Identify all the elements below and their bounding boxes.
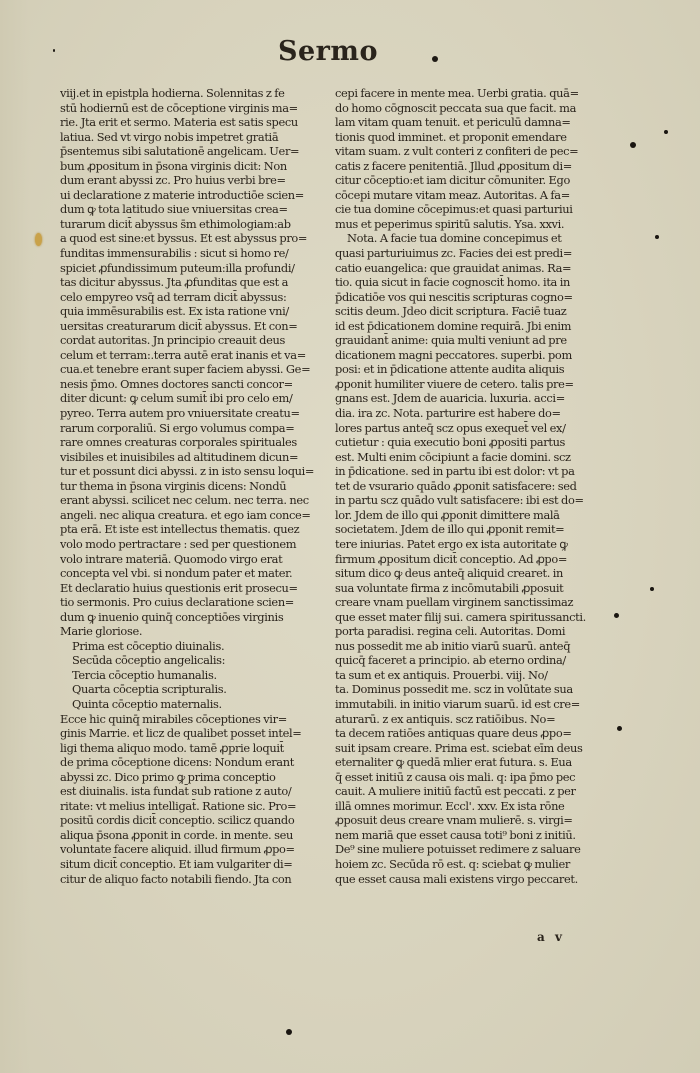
text-line: De⁹ sine muliere potuisset redimere z sa… (335, 842, 603, 857)
text-line: turarum dicit̄ abyssus s̄m ethimologiam:… (60, 217, 328, 232)
text-line: ꝓponit humiliter viuere de cetero. talis… (335, 377, 603, 392)
text-line: cie tua domine cōcepimus:et quasi partur… (335, 202, 603, 217)
text-line: q̄ esset initiū z causa ois mali. q: ipa… (335, 770, 603, 785)
wormhole-spot (617, 726, 622, 731)
text-line: que esset mater filij sui. camera spirit… (335, 610, 603, 625)
text-line: a quod est sine:et byssus. Et est abyssu… (60, 231, 328, 246)
text-line: do homo cōgnoscit peccata sua que facit.… (335, 101, 603, 116)
text-line: tere iniurias. Patet ergo ex ista autori… (335, 537, 603, 552)
text-line: grauidant̄ anime: quia multi veniunt ad … (335, 333, 603, 348)
text-line: rarum corporaliū. Si ergo volumus compa= (60, 421, 328, 436)
text-line: latiua. Sed vt virgo nobis impetret grat… (60, 130, 328, 145)
text-line: cua.et tenebre erant super faciem abyssi… (60, 362, 328, 377)
text-line: in partu scz quādo vult satisfacere: ibi… (335, 493, 603, 508)
binding-gutter-shadow (0, 0, 30, 1073)
text-line: cōcepi mutare vitam meaz. Autoritas. A f… (335, 188, 603, 203)
text-line: ritate: vt melius intelligat̄. Ratione s… (60, 799, 328, 814)
text-line: firmum ꝓpositum dicit̄ conceptio. Ad ꝓpo… (335, 552, 603, 567)
text-line: angeli. nec aliqua creatura. et ego iam … (60, 508, 328, 523)
text-line: tet de vsurario quādo ꝓponit satisfacere… (335, 479, 603, 494)
text-line: porta paradisi. regina celi. Autoritas. … (335, 624, 603, 639)
wormhole-spot (614, 613, 619, 618)
text-line: celo empyreo vsq̄ ad terram dicit̄ abyss… (60, 290, 328, 305)
text-line: funditas immensurabilis : sicut si homo … (60, 246, 328, 261)
text-line: gnans est. Jdem de auaricia. luxuria. ac… (335, 391, 603, 406)
manuscript-page: Sermo viij.et in epistpla hodierna. Sole… (0, 0, 700, 1073)
text-line: quia immēsurabilis est. Ex ista ratione … (60, 304, 328, 319)
text-line: voluntate facere aliquid. illud firmum ꝓ… (60, 842, 328, 857)
text-line: ui declaratione z materie introductiōe s… (60, 188, 328, 203)
text-line: tur thema in p̄sona virginis dicens: Non… (60, 479, 328, 494)
text-line: visibiles et inuisibiles ad altitudinem … (60, 450, 328, 465)
text-column-left: viij.et in epistpla hodierna. Solennitas… (60, 86, 328, 886)
text-line: Et declaratio huius questionis erit pros… (60, 581, 328, 596)
text-line: nesis p̄mo. Omnes doctores sancti concor… (60, 377, 328, 392)
text-line: cutietur : quia executio boni ꝓpositi pa… (335, 435, 603, 450)
conception-list-item: Tercia cōceptio humanalis. (60, 668, 328, 683)
running-head: Sermo (278, 36, 378, 67)
text-line: lor. Jdem de illo qui ꝓponit dimittere m… (335, 508, 603, 523)
text-line: pta erā. Et iste est intellectus themati… (60, 522, 328, 537)
text-line: cauit. A muliere initiū factū est peccat… (335, 784, 603, 799)
text-line: tas dicitur abyssus. Jta ꝓfunditas que e… (60, 275, 328, 290)
text-column-right: cepi facere in mente mea. Uerbi gratia. … (335, 86, 603, 886)
text-line: tur et possunt dici abyssi. z in isto se… (60, 464, 328, 479)
text-line: tio. quia sicut in facie cognoscit̄ homo… (335, 275, 603, 290)
text-line: in p̄dicatione. sed in partu ibi est dol… (335, 464, 603, 479)
text-line: ta. Dominus possedit me. scz in volūtate… (335, 682, 603, 697)
text-line: abyssi zc. Dico primo ꝙ prima conceptio (60, 770, 328, 785)
text-line: ta decem ratiōes antiquas quare deus ꝓpo… (335, 726, 603, 741)
wormhole-spot (630, 142, 636, 148)
text-line: cepi facere in mente mea. Uerbi gratia. … (335, 86, 603, 101)
text-line: aturarū. z ex antiquis. scz ratiōibus. N… (335, 712, 603, 727)
text-line: eternaliter ꝙ quedā mlier erat futura. s… (335, 755, 603, 770)
text-line: citur de aliquo facto notabili fiendo. J… (60, 872, 328, 887)
margin-stain (35, 233, 42, 246)
text-line: diter dicunt: ꝙ celum sumit̄ ibi pro cel… (60, 391, 328, 406)
text-line: sua voluntate firma z incōmutabili ꝓposu… (335, 581, 603, 596)
text-line: est diuinalis. ista fundat̄ sub ratione … (60, 784, 328, 799)
text-line: erant abyssi. scilicet nec celum. nec te… (60, 493, 328, 508)
text-line: hoiem zc. Secūda rō est. q: sciebat ꝙ mu… (335, 857, 603, 872)
wormhole-spot (650, 587, 654, 591)
text-line: creare vnam puellam virginem sanctissima… (335, 595, 603, 610)
wormhole-spot (655, 235, 659, 239)
text-line: tio sermonis. Pro cuius declaratione sci… (60, 595, 328, 610)
text-line: nus possedit me ab initio viarū suarū. a… (335, 639, 603, 654)
conception-list-item: Secūda cōceptio angelicalis: (60, 653, 328, 668)
text-line: situm dico ꝙ deus anteq̄ aliquid crearet… (335, 566, 603, 581)
text-line: que esset causa mali existens virgo pecc… (335, 872, 603, 887)
text-line: spiciet ꝓfundissimum puteum:illa profund… (60, 261, 328, 276)
text-line: societatem. Jdem de illo qui ꝓponit remi… (335, 522, 603, 537)
text-line: illā omnes morimur. Eccl'. xxv. Ex ista … (335, 799, 603, 814)
text-line: situm dicit̄ conceptio. Et iam vulgarite… (60, 857, 328, 872)
text-line: tionis quod imminet. et proponit emendar… (335, 130, 603, 145)
text-line: suit ipsam creare. Prima est. sciebat eī… (335, 741, 603, 756)
ink-speck (53, 49, 55, 52)
text-line: scitis deum. Jdeo dicit scriptura. Faciē… (335, 304, 603, 319)
running-head-point (432, 56, 438, 62)
text-line: dicationem magni peccatores. superbi. po… (335, 348, 603, 363)
wormhole-spot (664, 130, 668, 134)
text-line: Ecce hic quinq̄ mirabiles cōceptiones vi… (60, 712, 328, 727)
text-line: volo intrare materiā. Quomodo virgo erat (60, 552, 328, 567)
text-line: ligi thema aliquo modo. tamē ꝓprie loqui… (60, 741, 328, 756)
text-line: catio euangelica: que grauidat animas. R… (335, 261, 603, 276)
text-line: volo modo pertractare : sed per question… (60, 537, 328, 552)
text-line: id est p̄dicationem domine requirā. Jbi … (335, 319, 603, 334)
text-line: ꝓposuit deus creare vnam mulierē. s. vir… (335, 813, 603, 828)
wormhole-spot (286, 1029, 292, 1035)
text-line: stū hodiernū est de cōceptione virginis … (60, 101, 328, 116)
text-line: concepta vel vbi. si nondum pater et mat… (60, 566, 328, 581)
conception-list-item: Prima est cōceptio diuinalis. (60, 639, 328, 654)
text-line: viij.et in epistpla hodierna. Solennitas… (60, 86, 328, 101)
text-line: celum et terram:.terra autē erat inanis … (60, 348, 328, 363)
text-line: rare omnes creaturas corporales spiritua… (60, 435, 328, 450)
text-line: pyreo. Terra autem pro vniuersitate crea… (60, 406, 328, 421)
text-line: uersitas creaturarum dicit̄ abyssus. Et … (60, 319, 328, 334)
text-line: mus et peperimus spiritū salutis. Ysa. x… (335, 217, 603, 232)
text-line: posi: et in p̄dicatione attente audita a… (335, 362, 603, 377)
text-line: dum ꝙ inuenio quinq̄ conceptiōes virgini… (60, 610, 328, 625)
text-line: lam vitam quam tenuit. et periculū damna… (335, 115, 603, 130)
text-line: lores partus anteq̄ scz opus exequet̄ ve… (335, 421, 603, 436)
text-line: dum ꝙ tota latitudo siue vniuersitas cre… (60, 202, 328, 217)
text-line: ginis Marrie. et licz de qualibet posset… (60, 726, 328, 741)
conception-list-item: Quarta cōceptia scripturalis. (60, 682, 328, 697)
text-line: vitam suam. z vult conteri z confiteri d… (335, 144, 603, 159)
conception-list-item: Quinta cōceptio maternalis. (60, 697, 328, 712)
text-line: positū cordis dicit̄ conceptio. scilicz … (60, 813, 328, 828)
text-line: est. Multi enim cōcipiunt a facie domini… (335, 450, 603, 465)
signature-mark: a v (537, 930, 565, 944)
text-line: immutabili. in initio viarum suarū. id e… (335, 697, 603, 712)
text-line: aliqua p̄sona ꝓponit in corde. in mente.… (60, 828, 328, 843)
text-line: bum ꝓpositum in p̄sona virginis dicit: N… (60, 159, 328, 174)
text-line: cordat autoritas. Jn principio creauit d… (60, 333, 328, 348)
text-line: dum erant abyssi zc. Pro huius verbi bre… (60, 173, 328, 188)
nota-paragraph-start: Nota. A facie tua domine concepimus et (335, 231, 603, 246)
text-line: p̄sentemus sibi salutationē angelicam. U… (60, 144, 328, 159)
text-line: nem mariā que esset causa toti⁹ boni z i… (335, 828, 603, 843)
text-line: quicq̄ faceret a principio. ab eterno or… (335, 653, 603, 668)
text-line: de prima cōceptione dicens: Nondum erant (60, 755, 328, 770)
text-line: rie. Jta erit et sermo. Materia est sati… (60, 115, 328, 130)
text-line: quasi parturiuimus zc. Facies dei est pr… (335, 246, 603, 261)
text-line: dia. ira zc. Nota. parturire est habere … (335, 406, 603, 421)
text-line: citur cōceptio:et iam dicitur cōmuniter.… (335, 173, 603, 188)
text-line: ta sum et ex antiquis. Prouerbi. viij. N… (335, 668, 603, 683)
text-line: Marie gloriose. (60, 624, 328, 639)
text-line: p̄dicatiōe vos qui nescitis scripturas c… (335, 290, 603, 305)
text-line: catis z facere penitentiā. Jllud ꝓpositu… (335, 159, 603, 174)
